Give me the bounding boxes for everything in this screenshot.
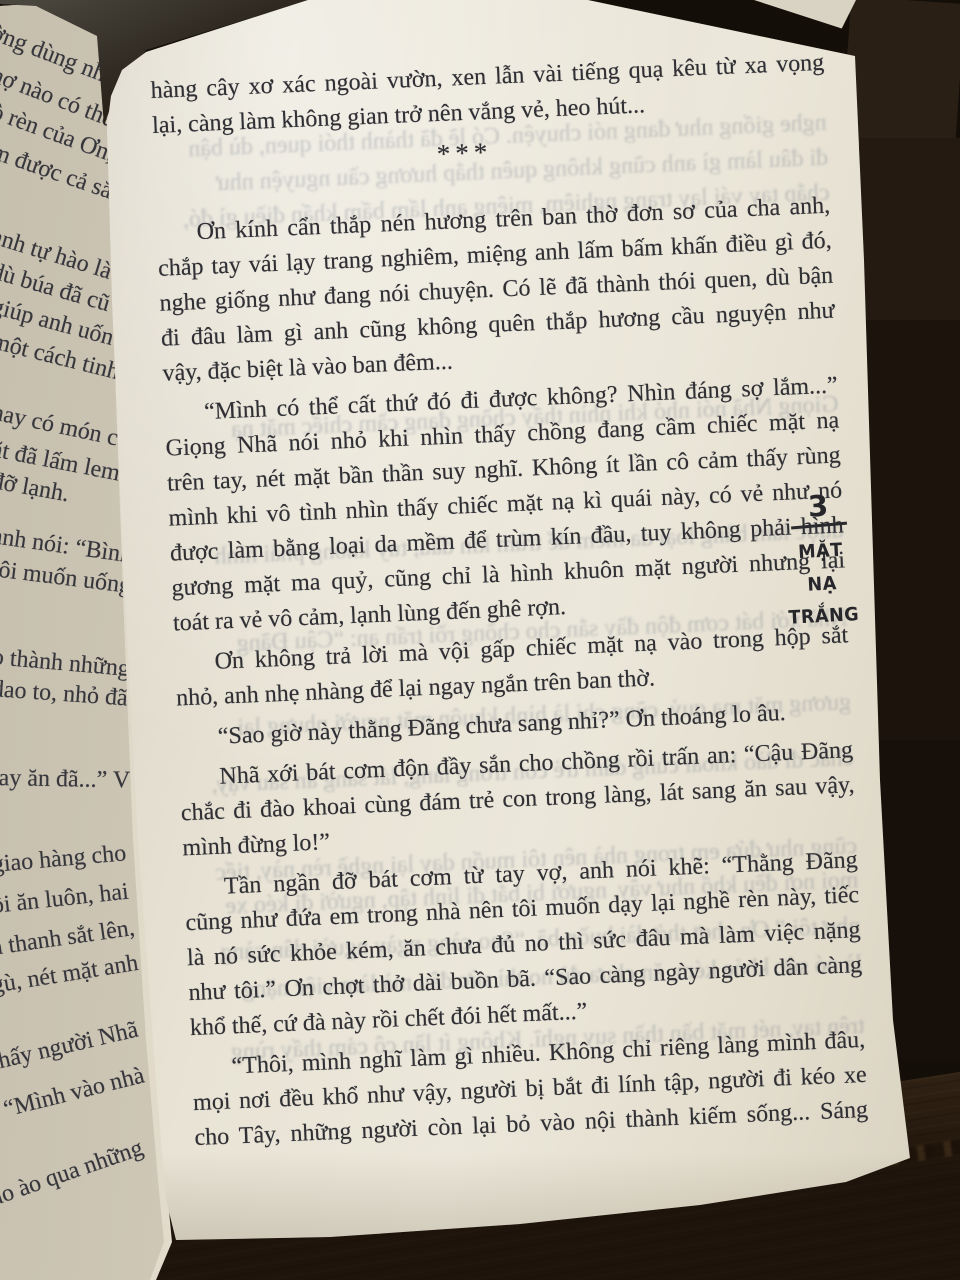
- bleed-through-line: gương mặt ma quỷ, cũng chỉ là hình khuôn…: [177, 689, 852, 744]
- text-line: được làm bằng loại da mềm để trùm kín đầ…: [169, 508, 844, 571]
- underlying-page-corner: [754, 0, 856, 30]
- text-line: Giọng Nhã nói nhỏ khi nhìn thấy chồng đa…: [165, 403, 840, 466]
- bleed-through-line: trên tay, nét mặt bần thần suy nghĩ. Khô…: [191, 1013, 866, 1068]
- bleed-through-line: nghe giống như đang nói chuyện. Có lẽ đã…: [153, 110, 828, 165]
- text-line: nhỏ, anh nhẹ nhàng để lại ngay ngắn trên…: [175, 653, 850, 716]
- bleed-through-line: mọi nơi đều khổ như vậy, người bị bắt đi…: [184, 867, 859, 922]
- bleed-through-line: là nó sức khỏe kém, ăn chưa đủ no thì sứ…: [188, 951, 863, 1006]
- text-line: chắp tay vái lạy trang nghiêm, miệng anh…: [157, 224, 832, 287]
- bleed-through-line: chắp tay vái lạy trang nghiêm, miệng anh…: [156, 180, 831, 235]
- background-book-shape: [841, 0, 960, 154]
- bleed-through-line: chắc đi đào khoai cùng đám trẻ con trong…: [179, 745, 854, 800]
- bleed-through-line: Giọng Nhã nói nhỏ khi nhìn thấy chồng đa…: [164, 391, 839, 446]
- left-page-text-fragment: tay ăn đã...” Vợ: [0, 765, 143, 795]
- text-line: gương mặt ma quỷ, cũng chỉ là hình khuôn…: [171, 543, 846, 606]
- text-line: vậy, đặc biệt là vào ban đêm...: [162, 329, 837, 392]
- body-text: hàng cây xơ xác ngoài vườn, xen lẫn vài …: [150, 46, 869, 1156]
- margin-chapter-number: 3: [778, 490, 857, 523]
- left-page-text-fragment: ồi ăn luôn, hai: [0, 879, 130, 920]
- text-line: mình khi vô tình nhìn thấy chiếc mặt nạ …: [168, 473, 843, 536]
- bleed-through-line: được làm bằng loại da mềm để trùm kín đầ…: [170, 517, 845, 572]
- text-line: nghe giống như đang nói chuyện. Có lẽ đã…: [159, 259, 834, 322]
- text-line: “Mình có thể cất thứ đó đi được không? N…: [164, 368, 839, 431]
- text-line: toát ra vẻ vô cảm, lạnh lùng đến ghê rợn…: [172, 578, 847, 641]
- bleed-through-line: đi đâu làm gì anh cũng không quên thắp h…: [154, 145, 829, 200]
- text-line: chắc đi đào khoai cùng đám trẻ con trong…: [180, 768, 855, 831]
- background-book-shape: [860, 138, 960, 328]
- bleed-through-line: Nhã xới bát cơm độn đầy sắn cho chồng rồ…: [173, 605, 848, 660]
- left-page-text-fragment: ào ào qua những: [0, 1135, 147, 1212]
- bleed-through-line: như tôi.” Ơn chợt thở dài buồn bã. “Sao …: [186, 913, 861, 968]
- left-page-text-fragment: : “Mình vào nhà: [0, 1063, 147, 1127]
- text-line: cũng như đứa em trong nhà nên tôi muốn d…: [185, 878, 860, 941]
- book-photo: ờng dùng nhưhợ nào có thểò rèn của Ơn,m …: [0, 0, 960, 1280]
- text-line: cho Tây, những người còn lại bỏ vào nội …: [194, 1093, 869, 1156]
- text-line: mọi nơi đều khổ như vậy, người bị bắt đi…: [192, 1058, 867, 1121]
- text-line: khổ thế, cứ đà này rồi chết đói hết mất.…: [189, 983, 864, 1046]
- text-line: “Thôi, mình nghĩ làm gì nhiều. Không chỉ…: [191, 1023, 866, 1086]
- text-line: đi đâu làm gì anh cũng không quên thắp h…: [160, 294, 835, 357]
- margin-chapter-title: MẶT: [783, 534, 859, 570]
- margin-chapter-title: NẠ: [784, 567, 860, 603]
- left-page-text-fragment: giao hàng cho: [0, 840, 127, 879]
- text-line: như tôi.” Ơn chợt thở dài buồn bã. “Sao …: [188, 948, 863, 1011]
- text-line: Ơn kính cẩn thắp nén hương trên ban thờ …: [156, 189, 831, 252]
- text-line: “Sao giờ này thằng Đãng chưa sang nhỉ?” …: [177, 693, 852, 756]
- text-line: lại, càng làm không gian trở nên vắng vẻ…: [151, 81, 826, 144]
- margin-note-underline: [791, 522, 847, 530]
- margin-chapter-note: 3 MẶT NẠ TRẮNG: [778, 490, 863, 635]
- bleed-through-line: cũng như đứa em trong nhà nên tôi muốn d…: [183, 833, 858, 888]
- text-line: Ơn không trả lời mà vội gấp chiếc mặt nạ…: [174, 618, 849, 681]
- text-line: hàng cây xơ xác ngoài vườn, xen lẫn vài …: [150, 46, 825, 109]
- margin-chapter-title: TRẮNG: [786, 599, 862, 635]
- text-line: Tần ngần đỡ bát cơm từ tay vợ, anh nói k…: [183, 843, 858, 906]
- text-line: trên tay, nét mặt bần thần suy nghĩ. Khô…: [166, 438, 841, 501]
- left-page-text-fragment: dao to, nhỏ đã: [0, 676, 129, 712]
- text-line: Nhã xới bát cơm độn đầy sắn cho chồng rồ…: [179, 733, 854, 796]
- text-line: là nó sức khỏe kém, ăn chưa đủ no thì sứ…: [186, 913, 861, 976]
- section-separator: ***: [127, 117, 803, 213]
- text-line: mình đừng lo!”: [182, 803, 857, 866]
- bleed-through-text: nghe giống như đang nói chuyện. Có lẽ đã…: [150, 46, 823, 74]
